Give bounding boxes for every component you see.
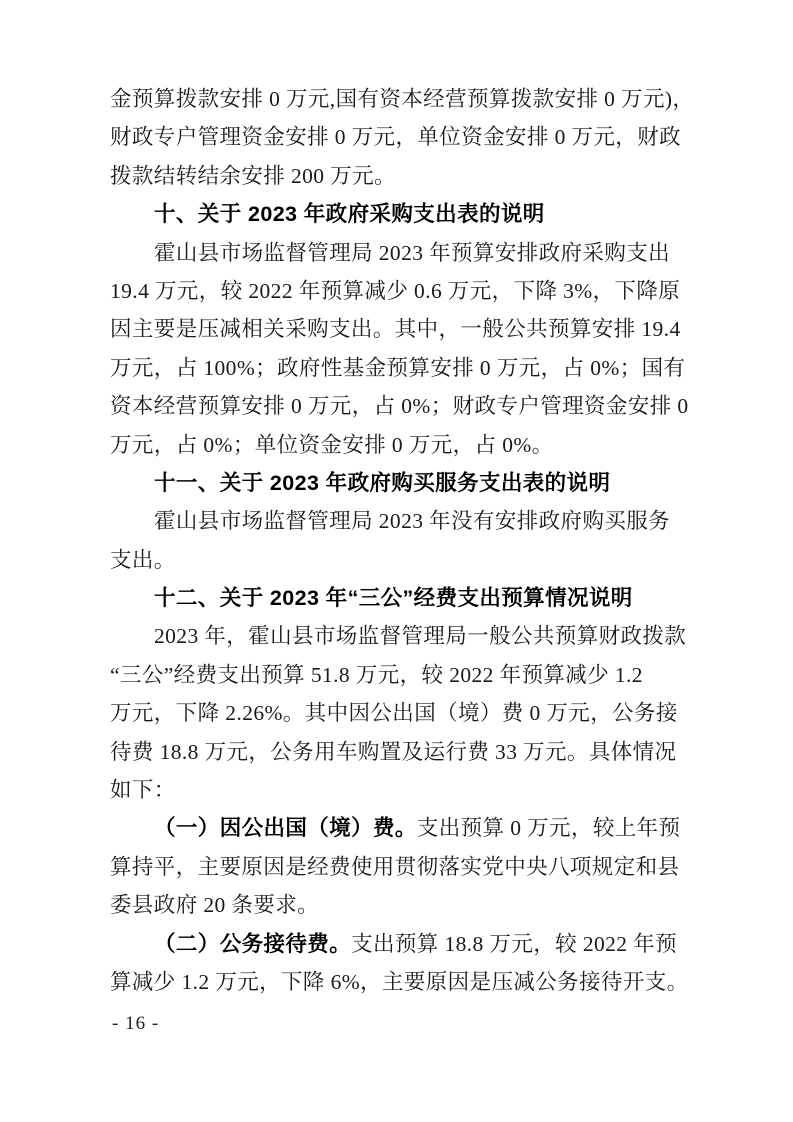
section-heading-eleven: 十一、关于 2023 年政府购买服务支出表的说明: [110, 464, 702, 502]
body-line: 如下：: [110, 771, 702, 809]
body-line: “三公”经费支出预算 51.8 万元，较 2022 年预算减少 1.2: [110, 656, 702, 694]
body-line: 拨款结转结余安排 200 万元。: [110, 157, 702, 195]
section-heading-ten: 十、关于 2023 年政府采购支出表的说明: [110, 195, 702, 233]
body-line: 待费 18.8 万元，公务用车购置及运行费 33 万元。具体情况: [110, 733, 702, 771]
body-line: 委县政府 20 条要求。: [110, 886, 702, 924]
item-two-text: 支出预算 18.8 万元，较 2022 年预: [351, 932, 677, 956]
body-line: 19.4 万元，较 2022 年预算减少 0.6 万元，下降 3%，下降原: [110, 272, 702, 310]
document-content: 金预算拨款安排 0 万元,国有资本经营预算拨款安排 0 万元)， 财政专户管理资…: [110, 80, 702, 1001]
body-line: 支出。: [110, 541, 702, 579]
body-line: 算减少 1.2 万元，下降 6%，主要原因是压减公务接待开支。: [110, 963, 702, 1001]
page-number: - 16 -: [112, 1010, 159, 1038]
body-line: 万元，下降 2.26%。其中因公出国（境）费 0 万元，公务接: [110, 694, 702, 732]
body-line: 2023 年，霍山县市场监督管理局一般公共预算财政拨款: [110, 617, 702, 655]
document-page: 金预算拨款安排 0 万元,国有资本经营预算拨款安排 0 万元)， 财政专户管理资…: [0, 0, 793, 1122]
body-line: 因主要是压减相关采购支出。其中，一般公共预算安排 19.4: [110, 310, 702, 348]
body-line: 霍山县市场监督管理局 2023 年没有安排政府购买服务: [110, 502, 702, 540]
body-line: 资本经营预算安排 0 万元，占 0%；财政专户管理资金安排 0: [110, 387, 702, 425]
body-line: 算持平，主要原因是经费使用贯彻落实党中央八项规定和县: [110, 848, 702, 886]
body-line: （二）公务接待费。支出预算 18.8 万元，较 2022 年预: [110, 925, 702, 963]
body-line: （一）因公出国（境）费。支出预算 0 万元，较上年预: [110, 809, 702, 847]
item-one-text: 支出预算 0 万元，较上年预: [417, 816, 681, 840]
item-two-lead: （二）公务接待费。: [154, 932, 351, 956]
section-heading-twelve: 十二、关于 2023 年“三公”经费支出预算情况说明: [110, 579, 702, 617]
body-line: 金预算拨款安排 0 万元,国有资本经营预算拨款安排 0 万元)，: [110, 80, 702, 118]
item-one-lead: （一）因公出国（境）费。: [154, 816, 417, 840]
body-line: 万元，占 0%；单位资金安排 0 万元，占 0%。: [110, 426, 702, 464]
body-line: 霍山县市场监督管理局 2023 年预算安排政府采购支出: [110, 234, 702, 272]
body-line: 万元，占 100%；政府性基金预算安排 0 万元，占 0%；国有: [110, 349, 702, 387]
body-line: 财政专户管理资金安排 0 万元，单位资金安排 0 万元，财政: [110, 118, 702, 156]
